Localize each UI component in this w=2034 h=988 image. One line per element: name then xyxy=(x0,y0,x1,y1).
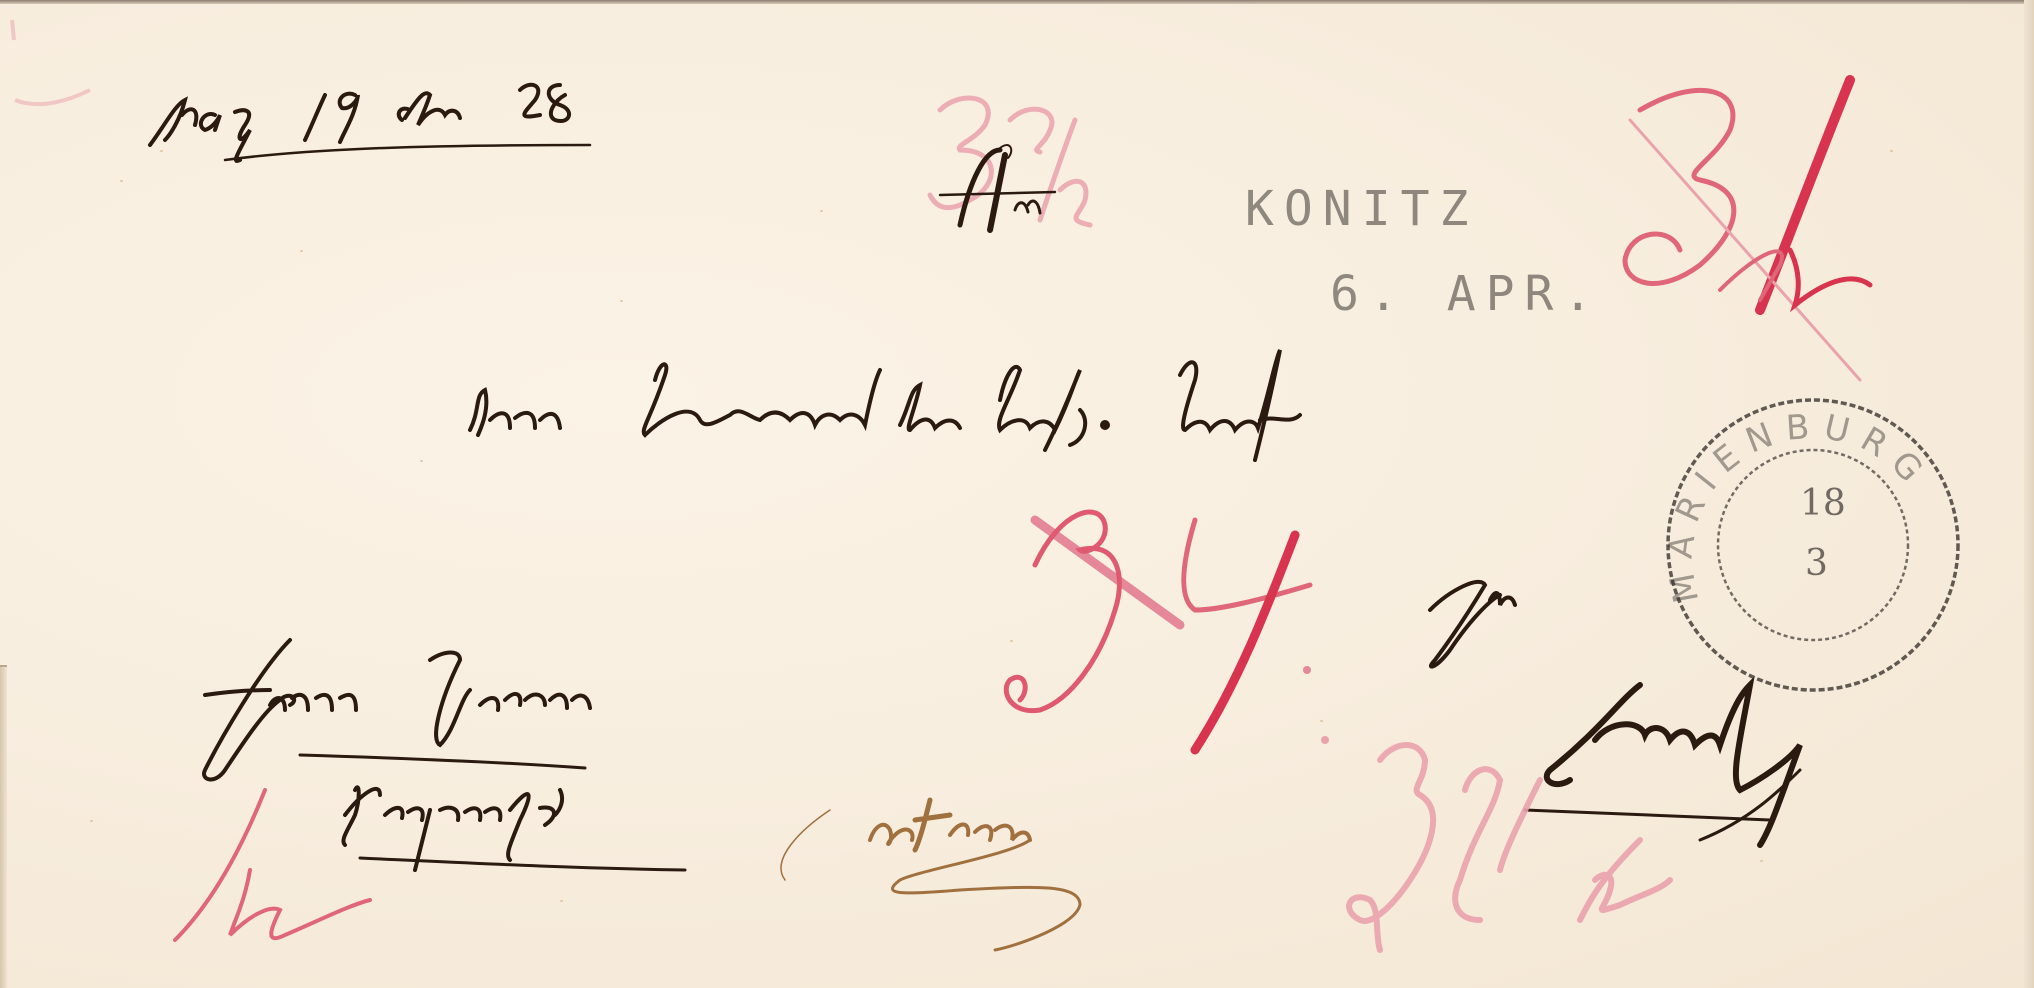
straight-line-postmark: KONITZ 6. APR. xyxy=(1245,181,1602,322)
postmark-date-day: 18 xyxy=(1800,483,1846,524)
double-circle-postmark-text: 18 3 xyxy=(1800,483,1846,584)
rate-mark-center xyxy=(1006,512,1329,750)
address-line-2 xyxy=(470,350,1300,460)
docket-note xyxy=(150,85,590,161)
sender-note xyxy=(204,640,685,870)
rate-mark-top-right xyxy=(1625,80,1870,380)
postmark-line-konitz: KONITZ xyxy=(1245,181,1478,237)
ink-layer: KONITZ 6. APR. xyxy=(0,0,2034,988)
postmark-line-date: 6. APR. xyxy=(1330,266,1602,322)
rate-mark-bottom-center xyxy=(1349,745,1670,950)
edge-smudges xyxy=(12,20,90,104)
address-destination xyxy=(1525,685,1800,845)
postmark-date-month: 3 xyxy=(1805,543,1828,584)
rate-mark-bottom-left xyxy=(175,790,370,940)
address-an xyxy=(940,145,1055,230)
rate-mark-top-center xyxy=(930,98,1090,225)
letter-cover: KONITZ 6. APR. xyxy=(0,0,2034,988)
address-zu xyxy=(1430,582,1515,667)
return-mark xyxy=(781,800,1080,950)
